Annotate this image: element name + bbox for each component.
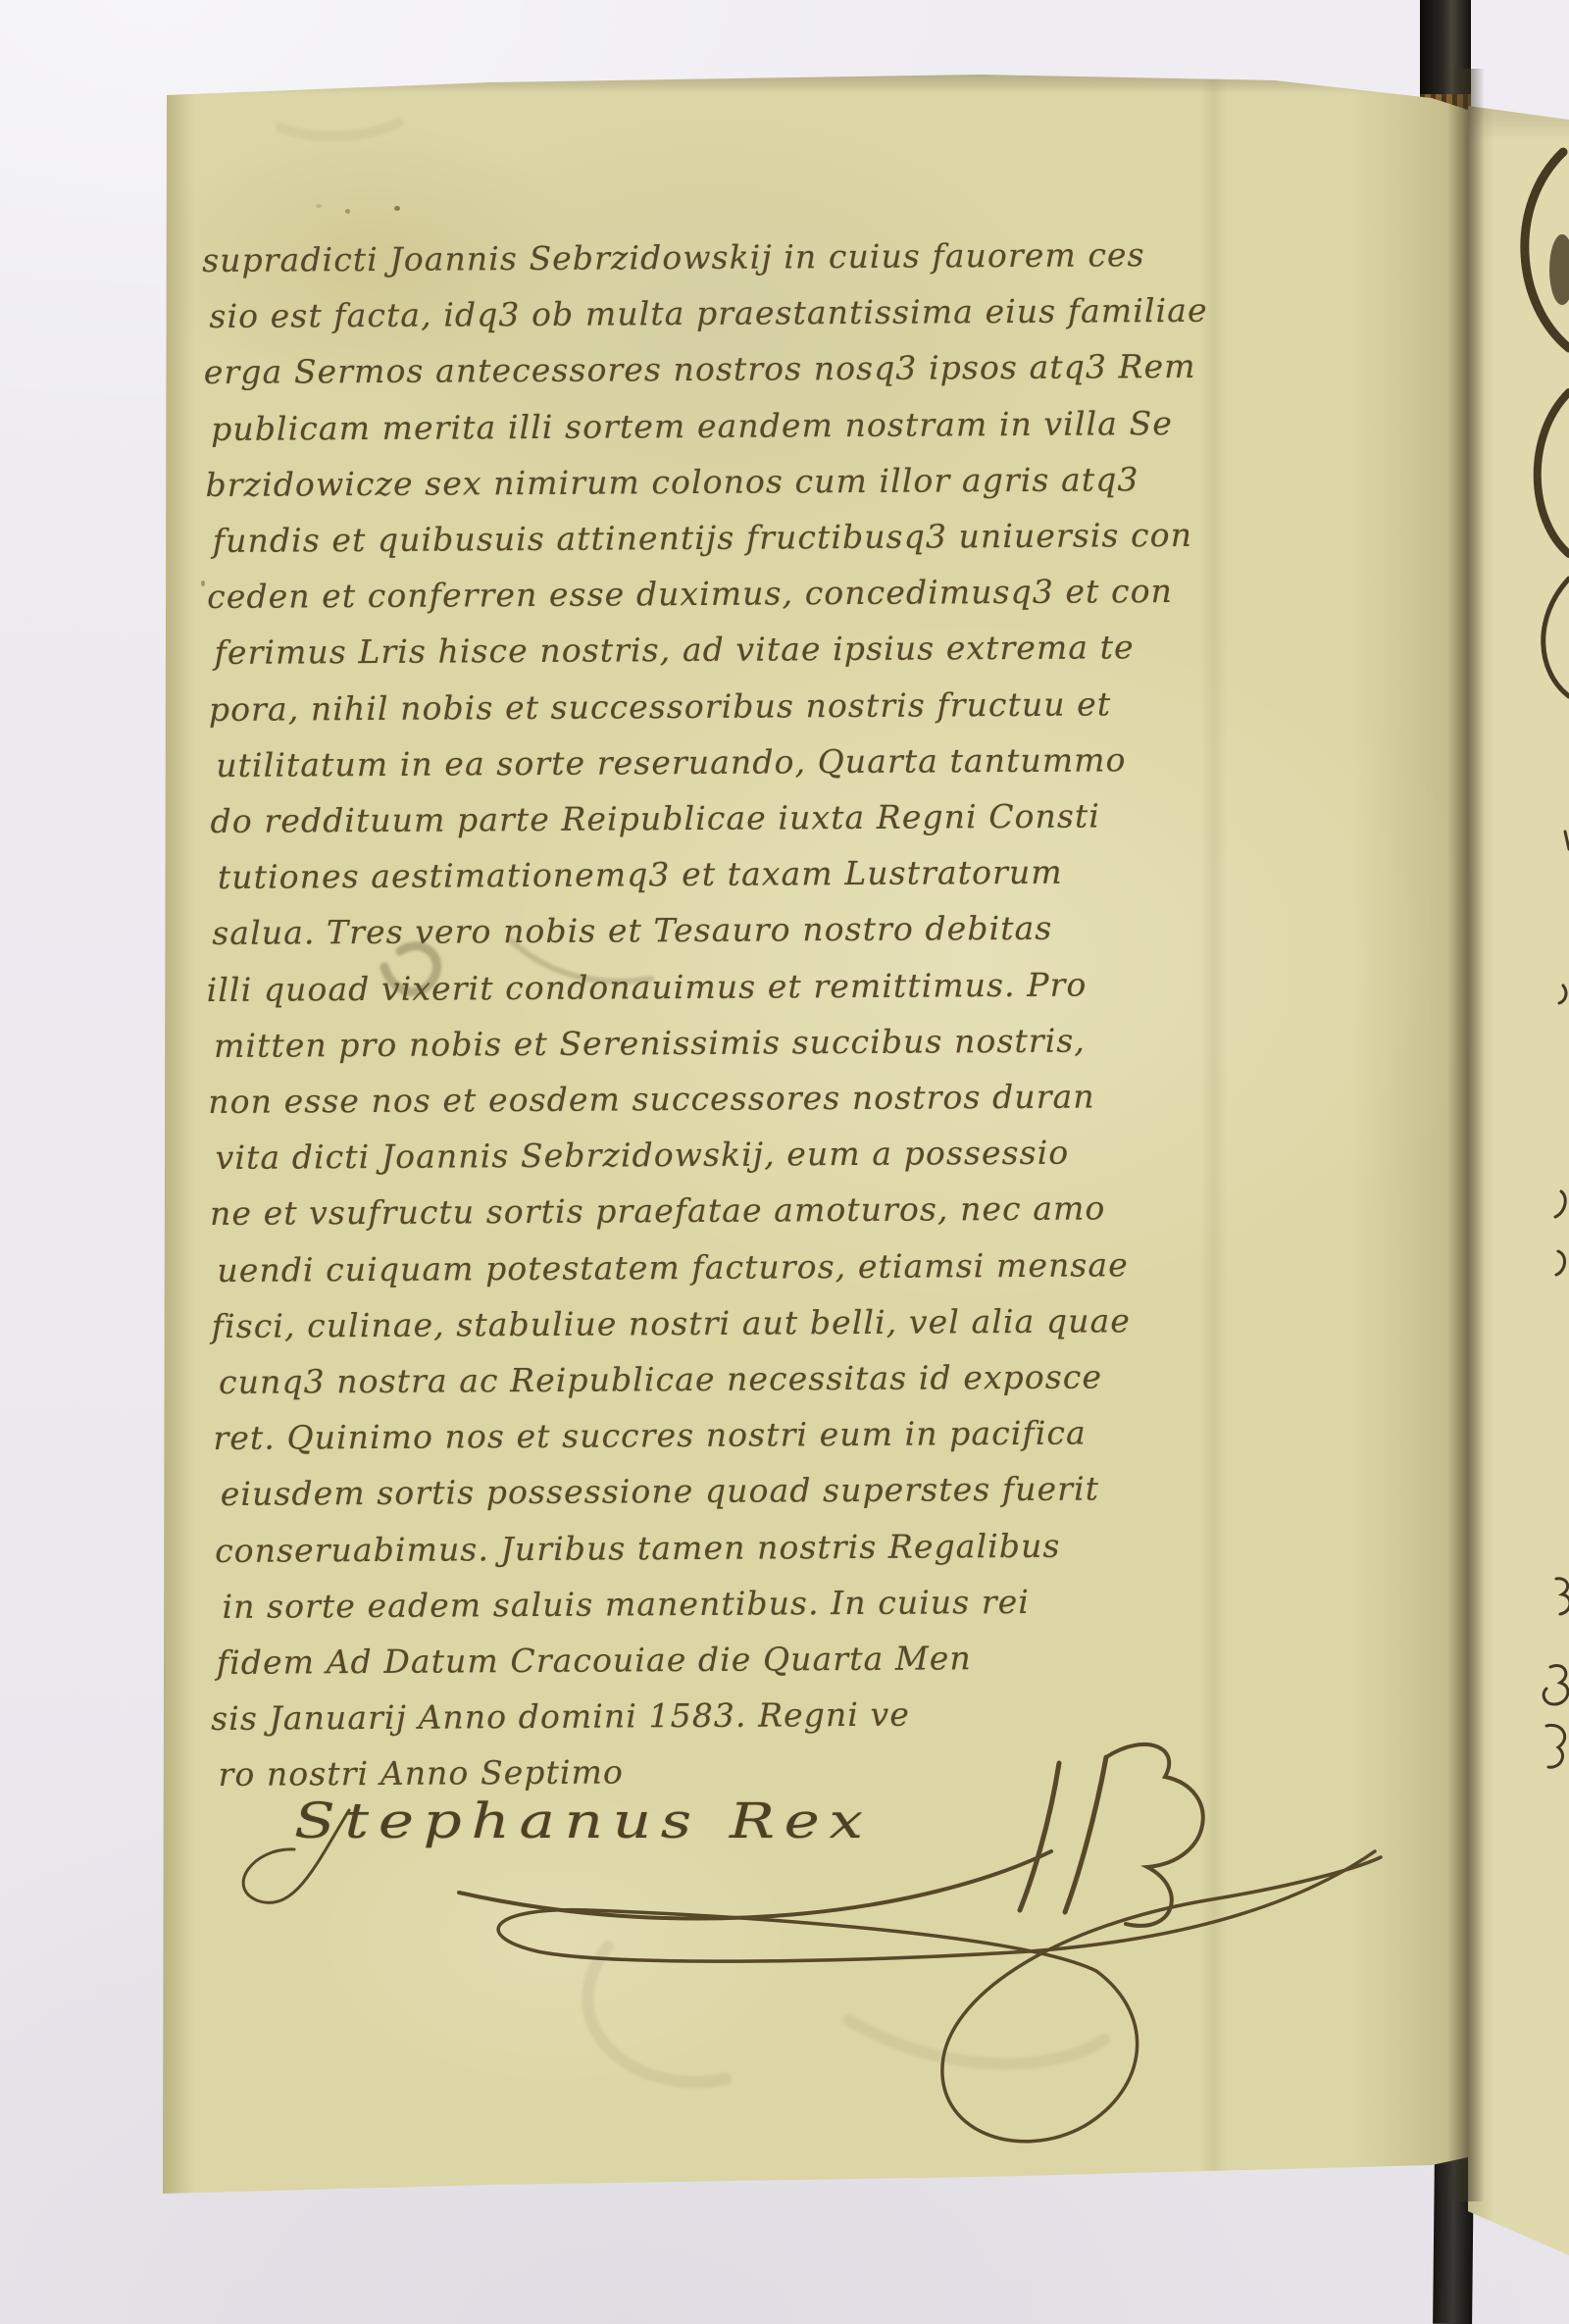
manuscript-page: supradicti Joannis Sebrzidowskij in cuiu… — [163, 69, 1468, 2194]
book-gutter-shadow — [1447, 69, 1485, 2201]
photo-background: supradicti Joannis Sebrzidowskij in cuiu… — [0, 0, 1569, 2324]
signature-flourish — [163, 69, 1468, 2194]
